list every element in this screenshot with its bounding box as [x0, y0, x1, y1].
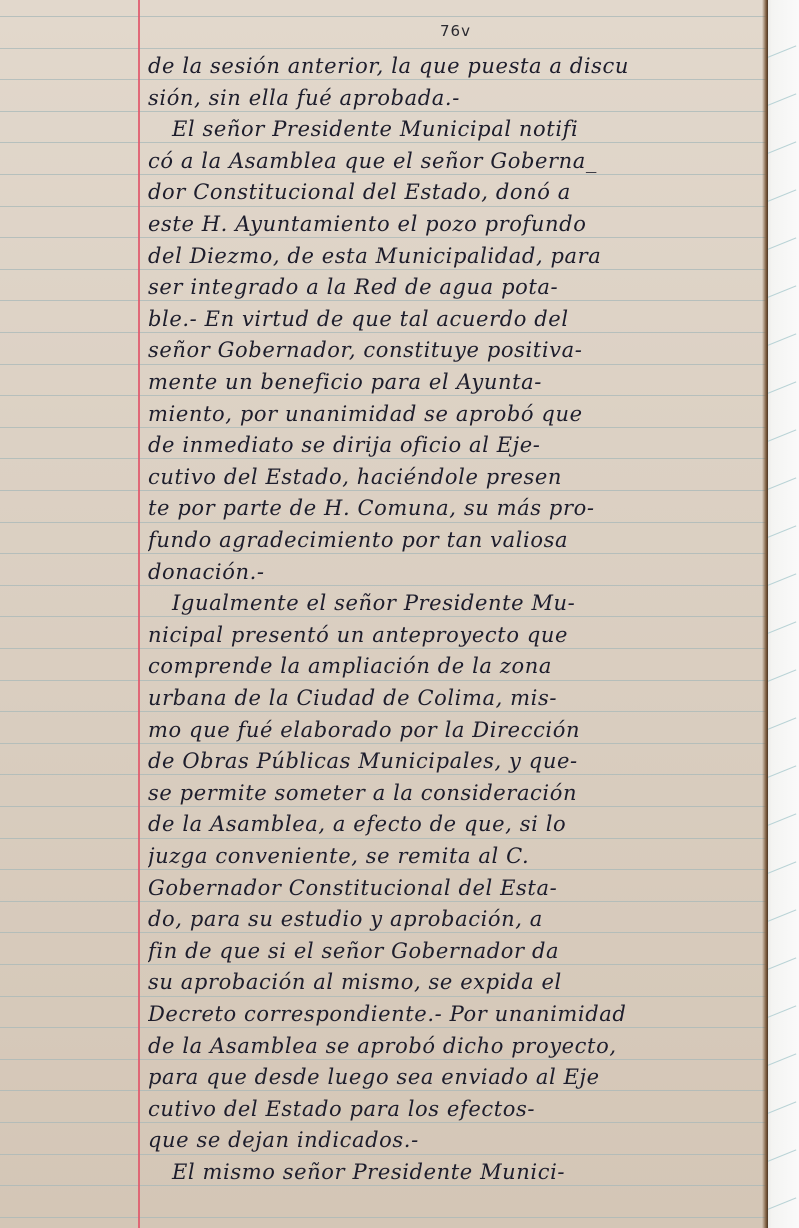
handwritten-line: Decreto correspondiente.- Por unanimidad — [148, 998, 758, 1030]
handwritten-line: de la Asamblea se aprobó dicho proyecto, — [148, 1030, 758, 1062]
handwritten-line: señor Gobernador, constituye positiva- — [148, 334, 758, 366]
handwritten-line: comprende la ampliación de la zona — [148, 650, 758, 682]
handwritten-line: dor Constitucional del Estado, donó a — [148, 176, 758, 208]
handwritten-line: su aprobación al mismo, se expida el — [148, 966, 758, 998]
handwritten-line: del Diezmo, de esta Municipalidad, para — [148, 240, 758, 272]
handwritten-line: este H. Ayuntamiento el pozo profundo — [148, 208, 758, 240]
handwritten-line: de la Asamblea, a efecto de que, si lo — [148, 808, 758, 840]
handwritten-line: miento, por unanimidad se aprobó que — [148, 398, 758, 430]
handwritten-line: do, para su estudio y aprobación, a — [148, 903, 758, 935]
handwritten-line: juzga conveniente, se remita al C. — [148, 840, 758, 872]
handwritten-line: de Obras Públicas Municipales, y que- — [148, 745, 758, 777]
handwritten-line: te por parte de H. Comuna, su más pro- — [148, 492, 758, 524]
handwritten-line: cutivo del Estado, haciéndole presen — [148, 461, 758, 493]
ruled-line — [0, 16, 768, 17]
red-margin-line — [138, 0, 140, 1228]
handwritten-line: sión, sin ella fué aprobada.- — [148, 82, 758, 114]
handwritten-line: para que desde luego sea enviado al Eje — [148, 1061, 758, 1093]
handwritten-line: ser integrado a la Red de agua pota- — [148, 271, 758, 303]
handwritten-line: ble.- En virtud de que tal acuerdo del — [148, 303, 758, 335]
ruled-line — [0, 48, 768, 49]
handwritten-line: mente un beneficio para el Ayunta- — [148, 366, 758, 398]
ruled-line — [0, 1217, 768, 1218]
handwritten-line: mo que fué elaborado por la Dirección — [148, 714, 758, 746]
handwritten-line: urbana de la Ciudad de Colima, mis- — [148, 682, 758, 714]
handwritten-line: El señor Presidente Municipal notifi — [148, 113, 758, 145]
handwritten-line: có a la Asamblea que el señor Goberna_ — [148, 145, 758, 177]
handwritten-line: Igualmente el señor Presidente Mu- — [148, 587, 758, 619]
handwritten-line: Gobernador Constitucional del Esta- — [148, 872, 758, 904]
handwritten-line: nicipal presentó un anteproyecto que — [148, 619, 758, 651]
handwritten-line: fin de que si el señor Gobernador da — [148, 935, 758, 967]
handwritten-line: cutivo del Estado para los efectos- — [148, 1093, 758, 1125]
handwritten-line: se permite someter a la consideración — [148, 777, 758, 809]
handwritten-line: de inmediato se dirija oficio al Eje- — [148, 429, 758, 461]
handwritten-line: de la sesión anterior, la que puesta a d… — [148, 50, 758, 82]
handwritten-line: El mismo señor Presidente Munici- — [148, 1156, 758, 1188]
folio-number: 76v — [440, 22, 471, 40]
handwritten-line: fundo agradecimiento por tan valiosa — [148, 524, 758, 556]
ledger-page: 76v de la sesión anterior, la que puesta… — [0, 0, 768, 1228]
handwritten-line: donación.- — [148, 556, 758, 588]
handwritten-line: que se dejan indicados.- — [148, 1124, 758, 1156]
